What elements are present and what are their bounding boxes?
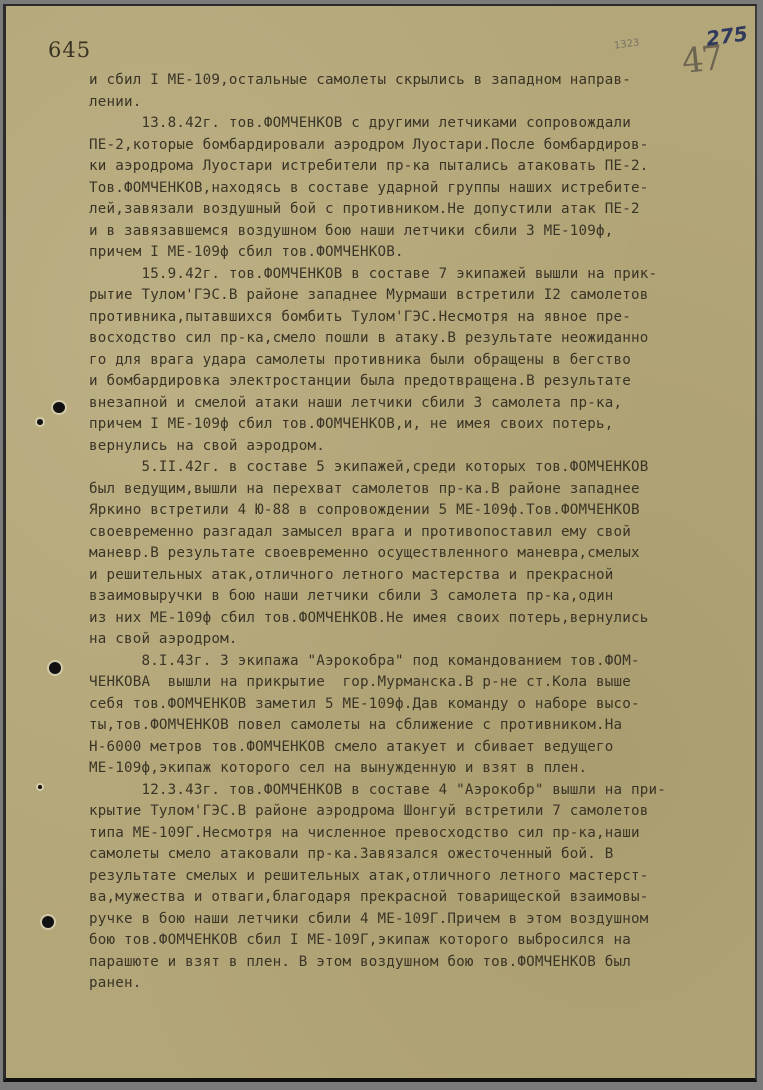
text-line: себя тов.ФОМЧЕНКОВ заметил 5 МЕ-109ф.Дав… [89, 694, 759, 716]
text-line: 15.9.42г. тов.ФОМЧЕНКОВ в составе 7 экип… [89, 264, 759, 286]
punch-hole [53, 402, 65, 413]
text-line: 5.II.42г. в составе 5 экипажей,среди кот… [89, 457, 759, 479]
text-line: своевременно разгадал замысел врага и пр… [89, 522, 759, 544]
text-line: причем I МЕ-109ф сбил тов.ФОМЧЕНКОВ,и, н… [89, 414, 759, 436]
text-line: результате смелых и решительных атак,отл… [89, 866, 759, 888]
text-line: 12.3.43г. тов.ФОМЧЕНКОВ в составе 4 "Аэр… [89, 780, 759, 802]
text-line: маневр.В результате своевременно осущест… [89, 543, 759, 565]
text-line: крытие Тулом'ГЭС.В районе аэродрома Шонг… [89, 801, 759, 823]
text-line: Н-6000 метров тов.ФОМЧЕНКОВ смело атакуе… [89, 737, 759, 759]
text-line: ки аэродрома Луостари истребители пр-ка … [89, 156, 759, 178]
archive-pencil-mark: 1323 [613, 37, 640, 51]
text-line: восходство сил пр-ка,смело пошли в атаку… [89, 328, 759, 350]
document-page: 645 1323 47 275 и сбил I МЕ-109,остальны… [3, 4, 757, 1082]
text-line: МЕ-109ф,экипаж которого сел на вынужденн… [89, 758, 759, 780]
text-line: Тов.ФОМЧЕНКОВ,находясь в составе ударной… [89, 178, 759, 200]
text-line: самолеты смело атаковали пр-ка.Завязался… [89, 844, 759, 866]
text-line: бою тов.ФОМЧЕНКОВ сбил I МЕ-109Г,экипаж … [89, 930, 759, 952]
text-line: парашюте и взят в плен. В этом воздушном… [89, 952, 759, 974]
text-line: и решительных атак,отличного летного мас… [89, 565, 759, 587]
text-line: причем I МЕ-109ф сбил тов.ФОМЧЕНКОВ. [89, 242, 759, 264]
text-line: и в завязавшемся воздушном бою наши летч… [89, 221, 759, 243]
text-line: ручке в бою наши летчики сбили 4 МЕ-109Г… [89, 909, 759, 931]
text-line: 8.I.43г. 3 экипажа "Аэрокобра" под коман… [89, 651, 759, 673]
text-line: ПЕ-2,которые бомбардировали аэродром Луо… [89, 135, 759, 157]
archive-ink-number: 275 [705, 21, 750, 51]
text-line: и бомбардировка электростанции была пред… [89, 371, 759, 393]
text-line: ранен. [89, 973, 759, 995]
text-line: вернулись на свой аэродром. [89, 436, 759, 458]
text-line: го для врага удара самолеты противника б… [89, 350, 759, 372]
text-line: ва,мужества и отваги,благодаря прекрасно… [89, 887, 759, 909]
text-line: Яркино встретили 4 Ю-88 в сопровождении … [89, 500, 759, 522]
punch-hole [38, 785, 42, 789]
punch-hole [49, 662, 61, 674]
text-line: типа МЕ-109Г.Несмотря на численное прево… [89, 823, 759, 845]
scan-frame: 645 1323 47 275 и сбил I МЕ-109,остальны… [0, 0, 763, 1090]
text-line: лей,завязали воздушный бой с противником… [89, 199, 759, 221]
text-line: рытие Тулом'ГЭС.В районе западнее Мурмаш… [89, 285, 759, 307]
text-line: ты,тов.ФОМЧЕНКОВ повел самолеты на сближ… [89, 715, 759, 737]
text-line: противника,пытавшихся бомбить Тулом'ГЭС.… [89, 307, 759, 329]
text-line: из них МЕ-109ф сбил тов.ФОМЧЕНКОВ.Не име… [89, 608, 759, 630]
text-line: внезапной и смелой атаки наши летчики сб… [89, 393, 759, 415]
punch-hole [37, 419, 43, 425]
page-number: 645 [48, 38, 91, 62]
text-line: был ведущим,вышли на перехват самолетов … [89, 479, 759, 501]
text-line: лении. [89, 92, 759, 114]
document-body: и сбил I МЕ-109,остальные самолеты скрыл… [89, 70, 759, 995]
text-line: на свой аэродром. [89, 629, 759, 651]
text-line: 13.8.42г. тов.ФОМЧЕНКОВ с другими летчик… [89, 113, 759, 135]
text-line: взаимовыручки в бою наши летчики сбили 3… [89, 586, 759, 608]
text-line: ЧЕНКОВА вышли на прикрытие гор.Мурманска… [89, 672, 759, 694]
text-line: и сбил I МЕ-109,остальные самолеты скрыл… [89, 70, 759, 92]
punch-hole [42, 916, 54, 928]
